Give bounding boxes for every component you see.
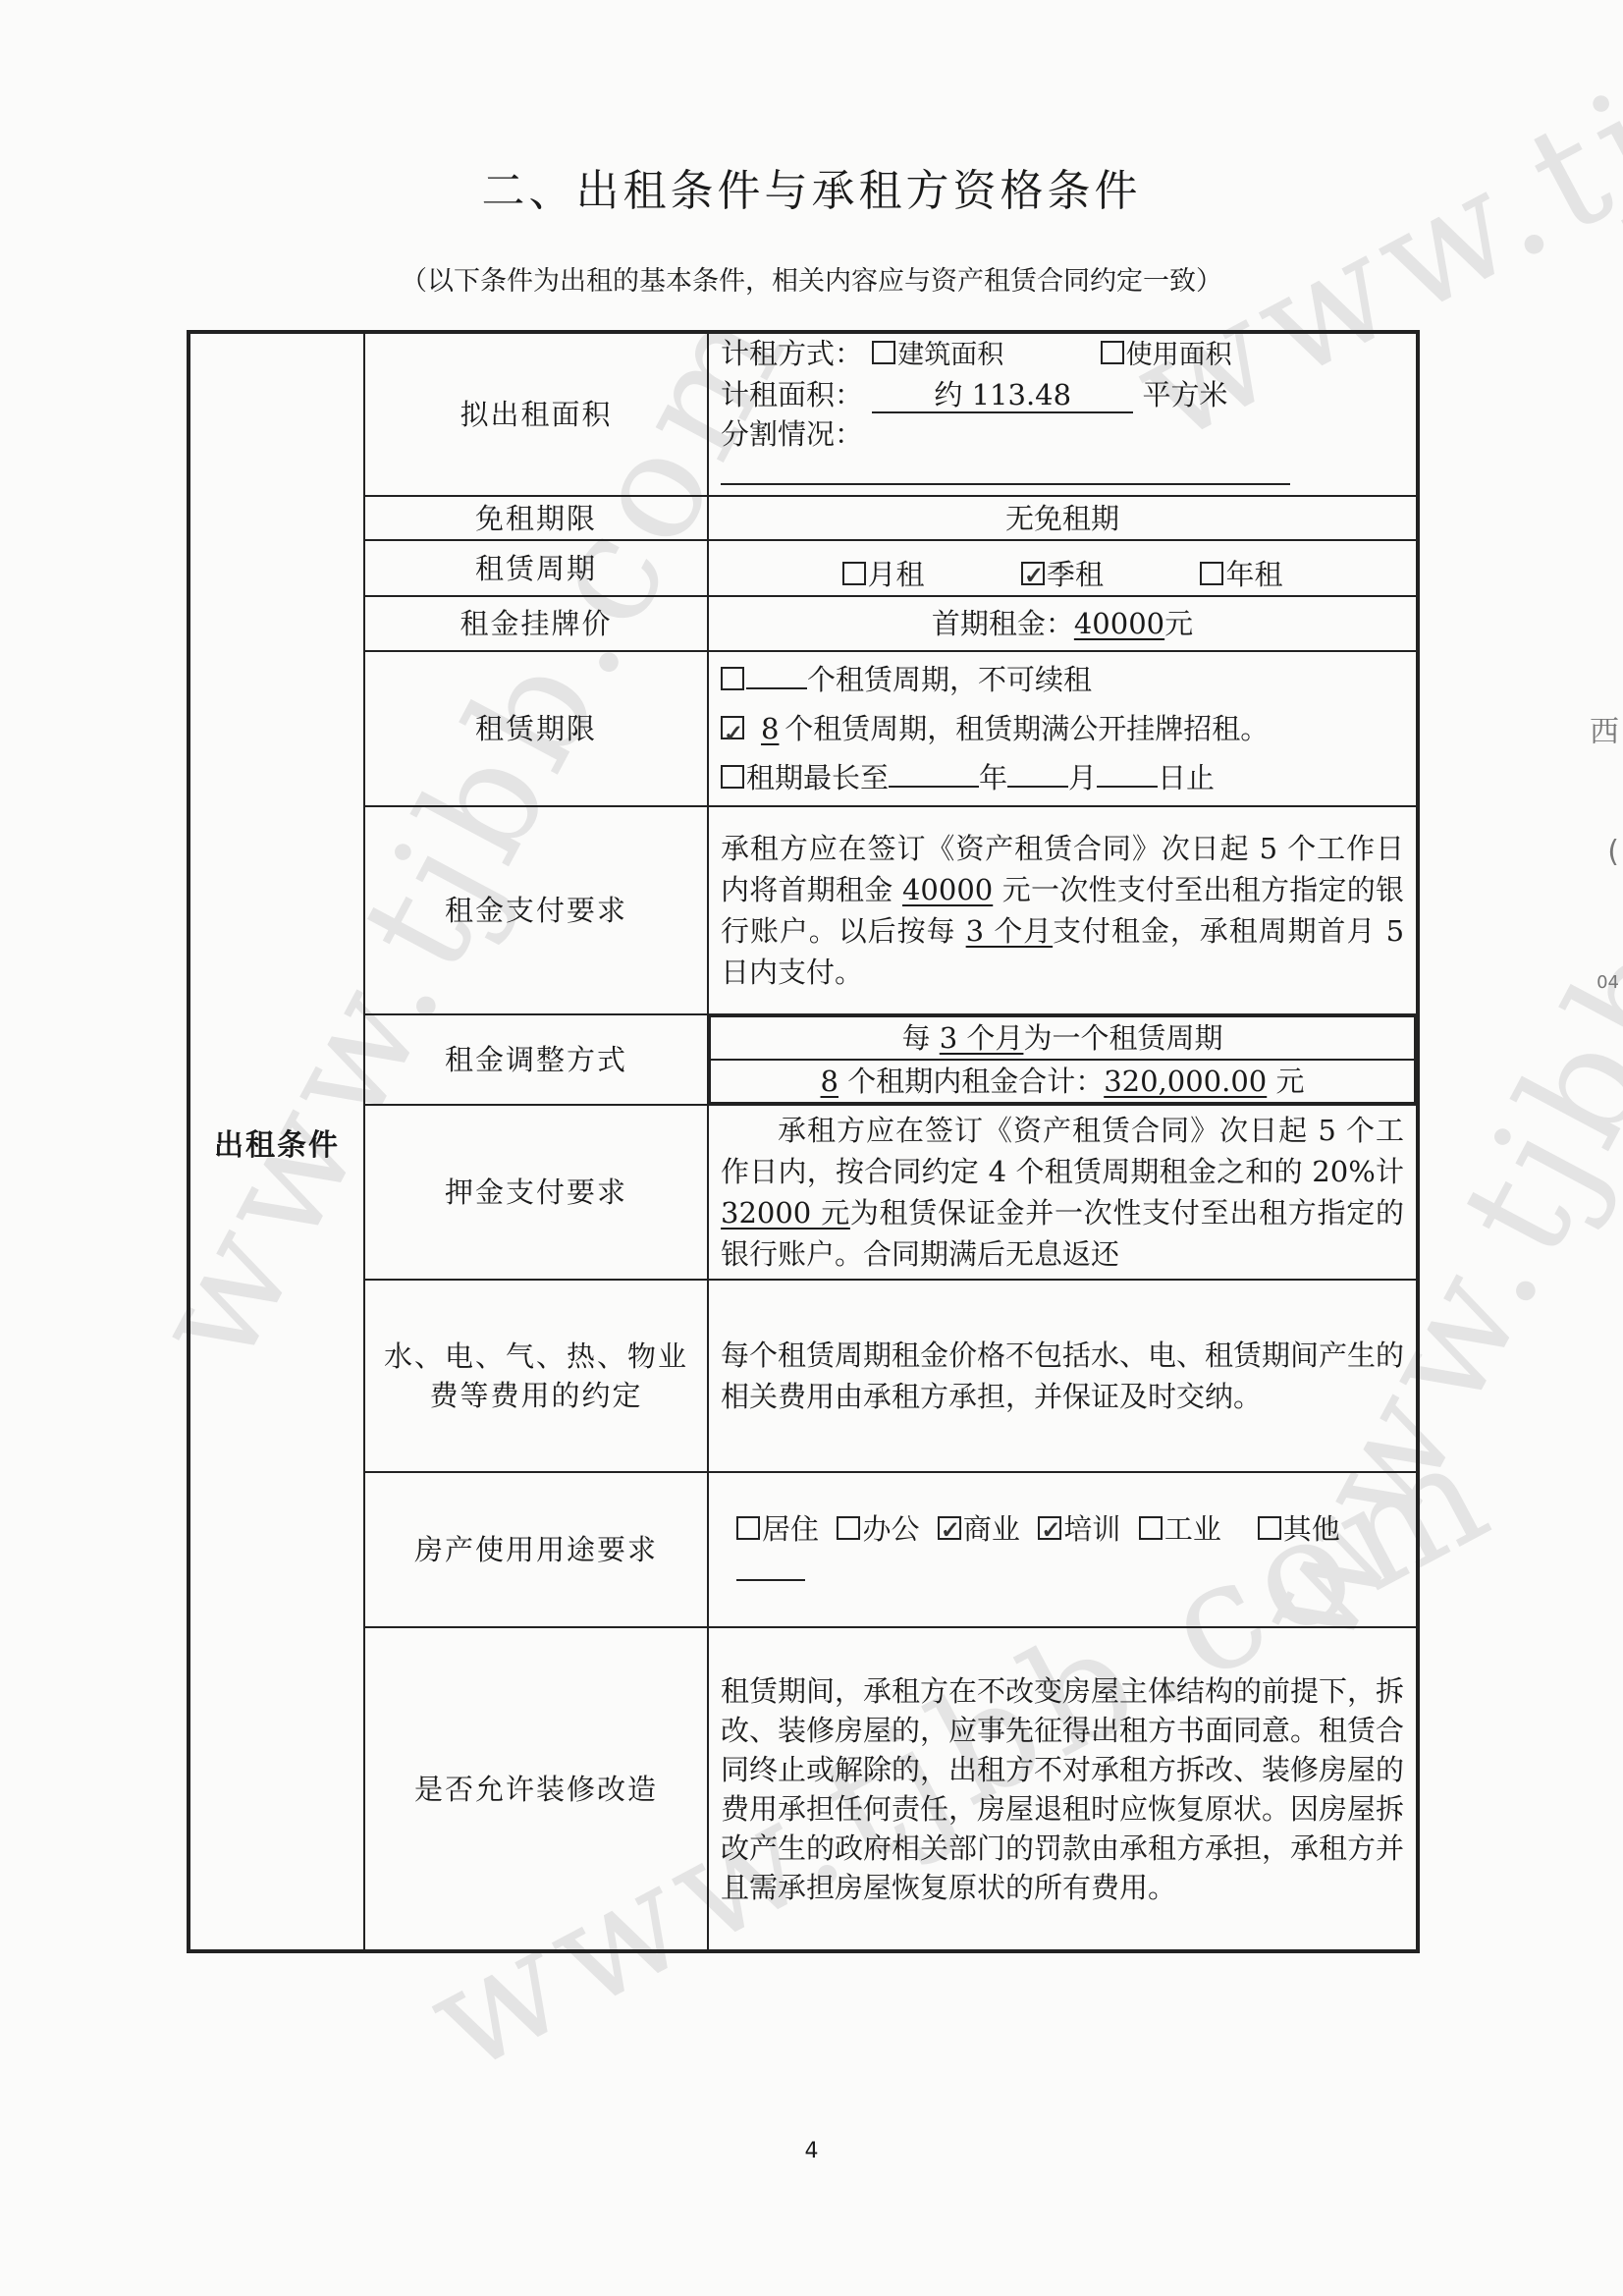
first-rent-amount: 40000 [1074, 607, 1164, 640]
row-label-utilities: 水、电、气、热、物业费等费用的约定 [364, 1280, 708, 1472]
deposit-amount: 32000 元 [721, 1196, 850, 1230]
checkbox-usable-area[interactable] [1101, 341, 1124, 364]
lease-term-options: 个租赁周期，不可续租 8个租赁周期，租赁期满公开挂牌招租。 租期最长至年月日止 [708, 651, 1418, 806]
checkbox-quarterly[interactable] [1021, 562, 1045, 585]
row-label-renovation: 是否允许装修改造 [364, 1627, 708, 1951]
lease-term-option-1: 个租赁周期，不可续租 [721, 655, 1404, 704]
billing-method-line: 计租方式： 建筑面积 使用面积 [721, 334, 1404, 375]
lease-term-option-3: 租期最长至年月日止 [721, 753, 1404, 802]
category-cell: 出租条件 [189, 332, 364, 1951]
page-subtitle: （以下条件为出租的基本条件，相关内容应与资产租赁合同约定一致） [0, 259, 1623, 298]
split-value-blank [721, 454, 1290, 485]
rental-conditions-table: 出租条件 拟出租面积 计租方式： 建筑面积 使用面积 计租面积： 约 113.4… [187, 330, 1420, 1953]
rent-adjustment-cycle: 每 3 个月为一个租赁周期 [710, 1016, 1415, 1060]
checkbox-training[interactable] [1038, 1516, 1061, 1540]
row-label-rent-payment: 租金支付要求 [364, 806, 708, 1014]
checkbox-residential[interactable] [736, 1516, 760, 1540]
row-label-deposit: 押金支付要求 [364, 1105, 708, 1280]
checkbox-term-until-date[interactable] [721, 765, 744, 789]
rent-payment-text: 承租方应在签订《资产租赁合同》次日起 5 个工作日内将首期租金 40000 元一… [708, 806, 1418, 1014]
rent-adjustment-inner: 每 3 个月为一个租赁周期 8 个租期内租金合计：320,000.00 元 [709, 1015, 1416, 1104]
rent-payment-period: 3 个月 [966, 914, 1053, 948]
margin-stamp-glyph: 04 [1596, 972, 1619, 993]
lease-term-cycle-count: 8 [755, 704, 784, 753]
checkbox-office[interactable] [837, 1516, 860, 1540]
deposit-text: 承租方应在签订《资产租赁合同》次日起 5 个工作日内，按合同约定 4 个租赁周期… [708, 1105, 1418, 1280]
checkbox-term-non-renewable[interactable] [721, 667, 744, 690]
utilities-text: 每个租赁周期租金价格不包括水、电、租赁期间产生的相关费用由承租方承担，并保证及时… [708, 1280, 1418, 1472]
rent-adjustment-cell: 每 3 个月为一个租赁周期 8 个租期内租金合计：320,000.00 元 [708, 1014, 1418, 1105]
total-rent-amount: 320,000.00 [1104, 1065, 1267, 1098]
rent-adjustment-total: 8 个租期内租金合计：320,000.00 元 [710, 1060, 1415, 1103]
listing-price-value: 首期租金：40000元 [708, 596, 1418, 651]
row-label-area: 拟出租面积 [364, 332, 708, 496]
rent-payment-amount: 40000 [902, 873, 993, 906]
lease-cycle-options: 月租 季租 年租 [708, 540, 1418, 596]
row-label-rent-adjustment: 租金调整方式 [364, 1014, 708, 1105]
split-line: 分割情况： [721, 414, 1404, 495]
row-label-free-period: 免租期限 [364, 496, 708, 540]
usage-options: 居住 办公 商业 培训 工业 其他 [708, 1472, 1418, 1627]
checkbox-other[interactable] [1258, 1516, 1281, 1540]
checkbox-building-area[interactable] [872, 341, 895, 364]
margin-stamp-glyph: ( [1607, 835, 1619, 869]
row-label-listing-price: 租金挂牌价 [364, 596, 708, 651]
page-title: 二、出租条件与承租方资格条件 [0, 155, 1623, 218]
checkbox-monthly[interactable] [842, 562, 866, 585]
checkbox-yearly[interactable] [1200, 562, 1223, 585]
lease-term-option-2: 8个租赁周期，租赁期满公开挂牌招租。 [721, 704, 1404, 753]
free-period-value: 无免租期 [708, 496, 1418, 540]
rental-area-value: 约 113.48 [872, 378, 1133, 413]
row-label-lease-term: 租赁期限 [364, 651, 708, 806]
checkbox-industrial[interactable] [1139, 1516, 1163, 1540]
checkbox-commercial[interactable] [938, 1516, 961, 1540]
row-label-usage: 房产使用用途要求 [364, 1472, 708, 1627]
page-number: 4 [0, 2139, 1623, 2163]
row-label-lease-cycle: 租赁周期 [364, 540, 708, 596]
rental-area-line: 计租面积： 约 113.48 平方米 [721, 375, 1404, 414]
renovation-text: 租赁期间，承租方在不改变房屋主体结构的前提下，拆改、装修房屋的，应事先征得出租方… [708, 1627, 1418, 1951]
checkbox-term-relist[interactable] [721, 716, 744, 739]
area-content: 计租方式： 建筑面积 使用面积 计租面积： 约 113.48 平方米 分割情况： [708, 332, 1418, 496]
category-label: 出租条件 [214, 1128, 340, 1163]
margin-stamp-glyph: 西 [1590, 707, 1619, 750]
